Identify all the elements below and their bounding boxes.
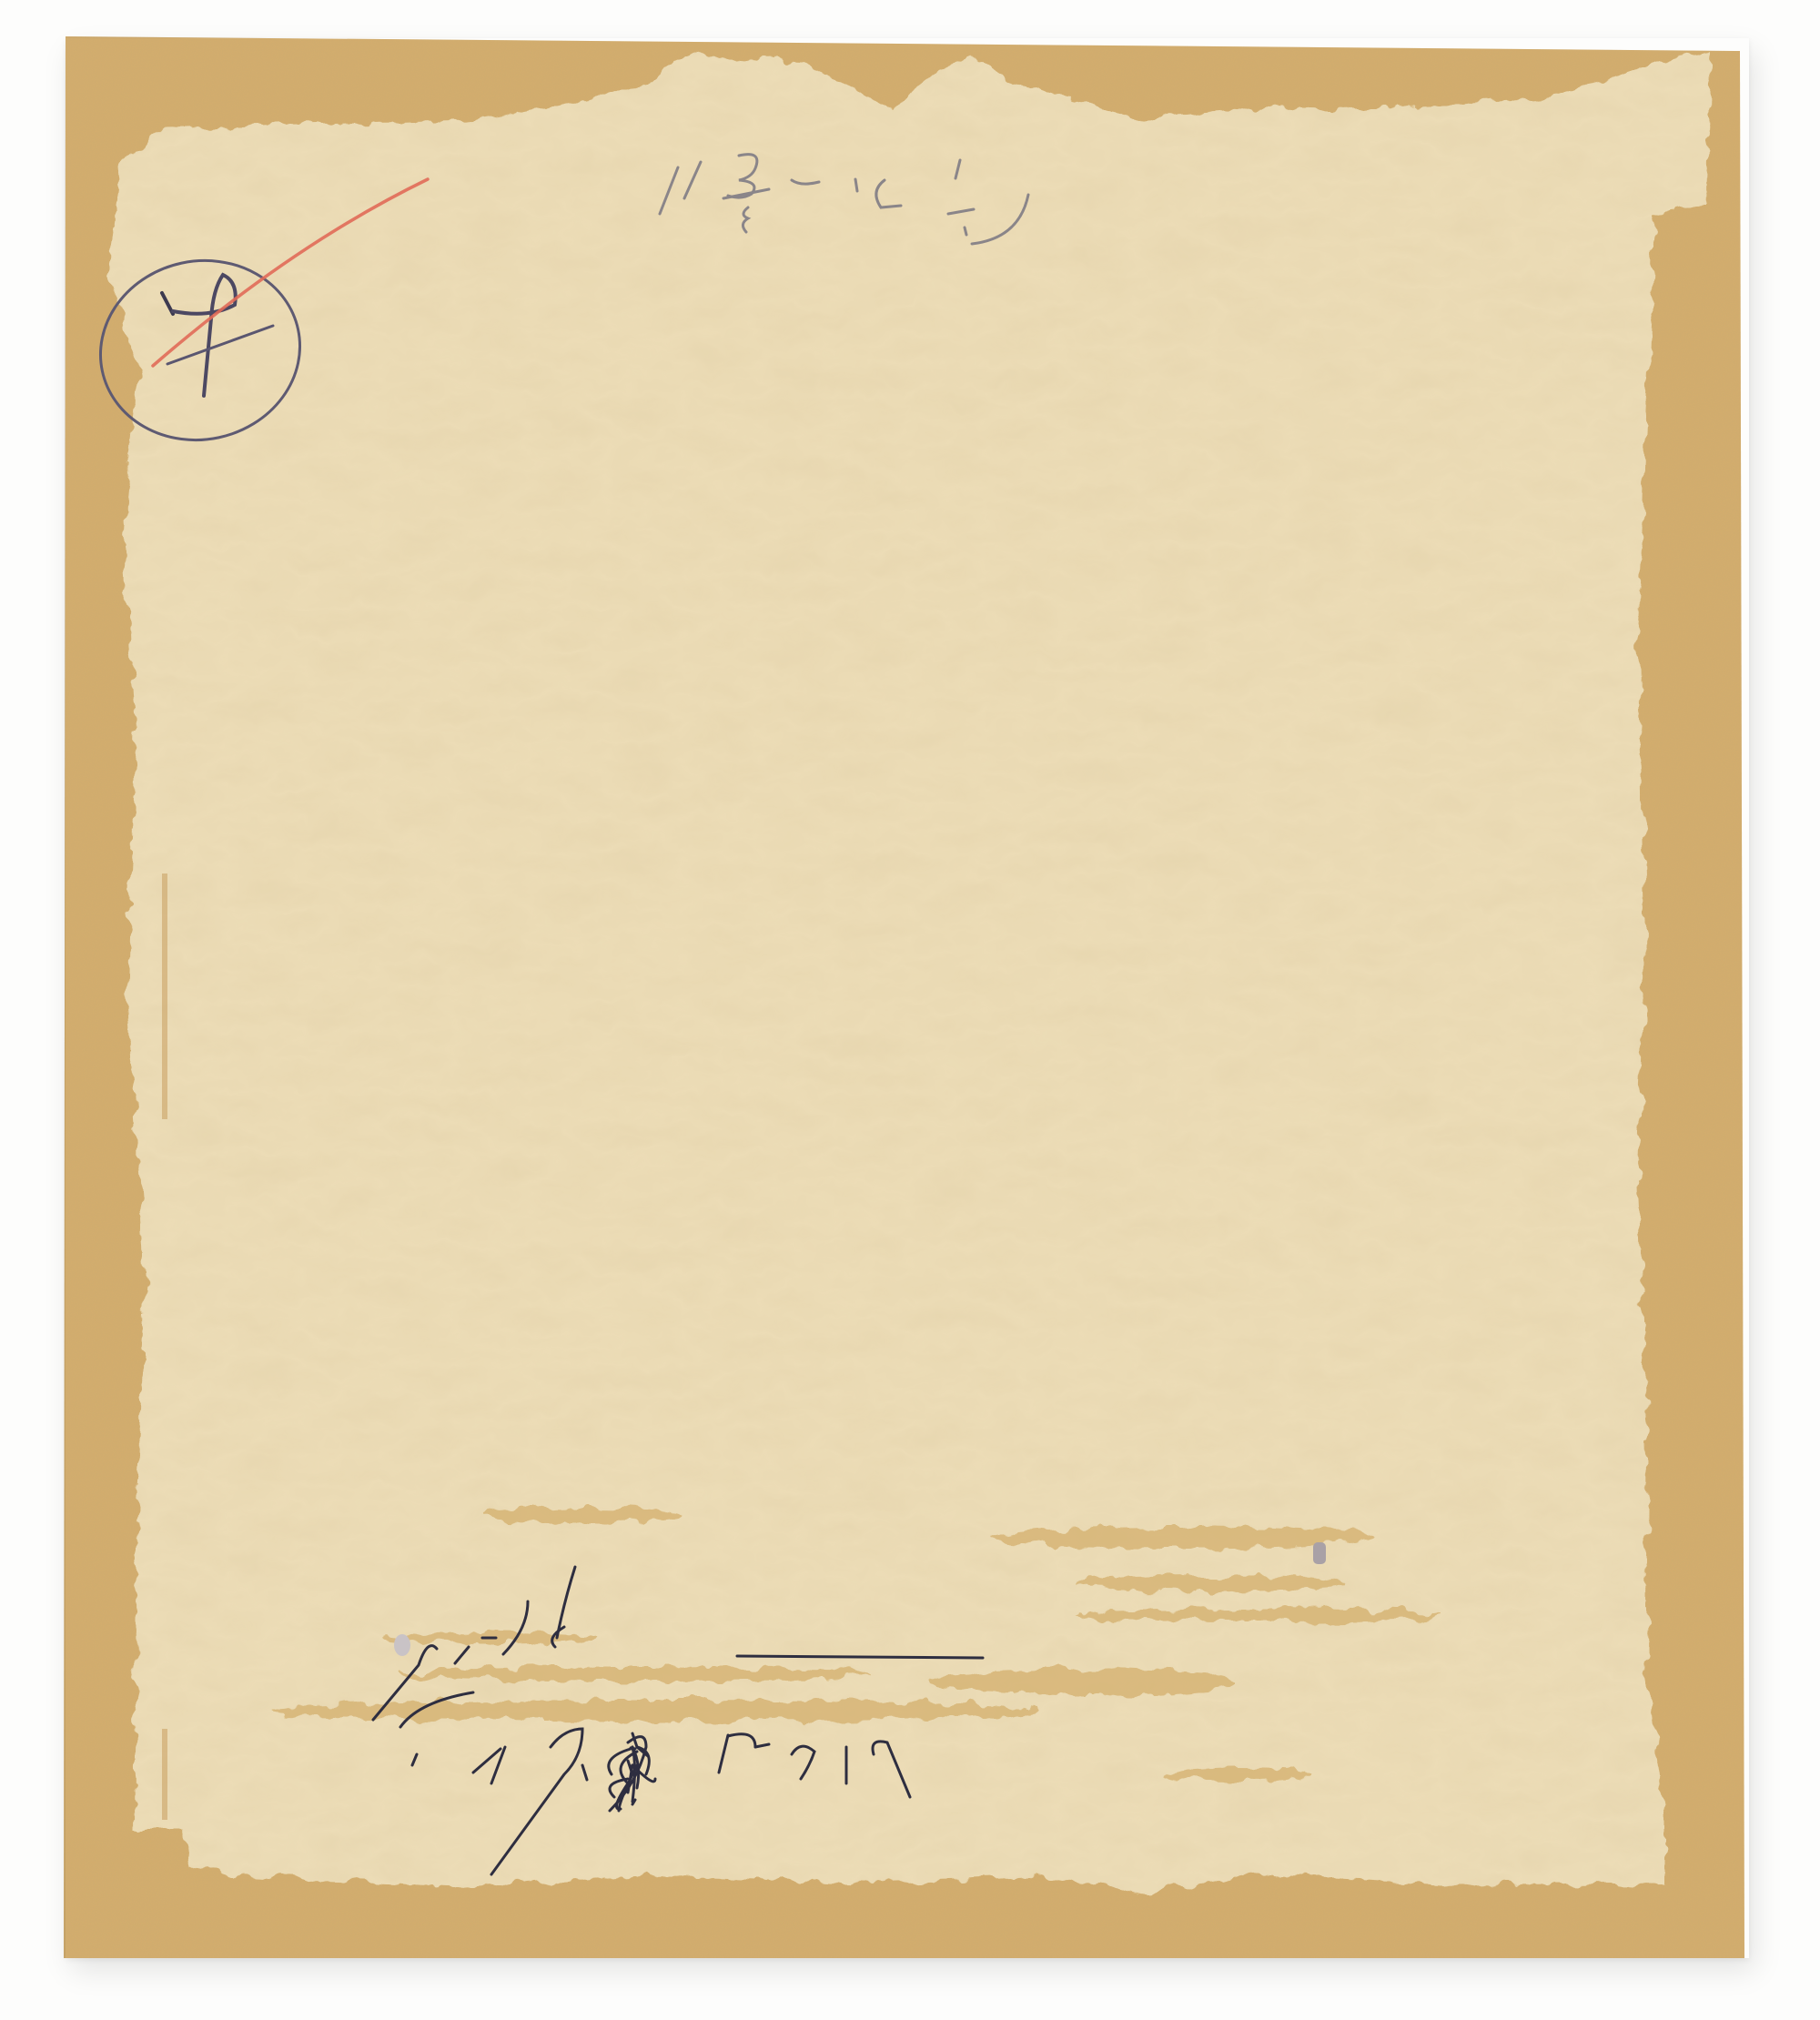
board-shadow [66,38,1749,1958]
artwork-verso-photo [0,0,1820,2020]
